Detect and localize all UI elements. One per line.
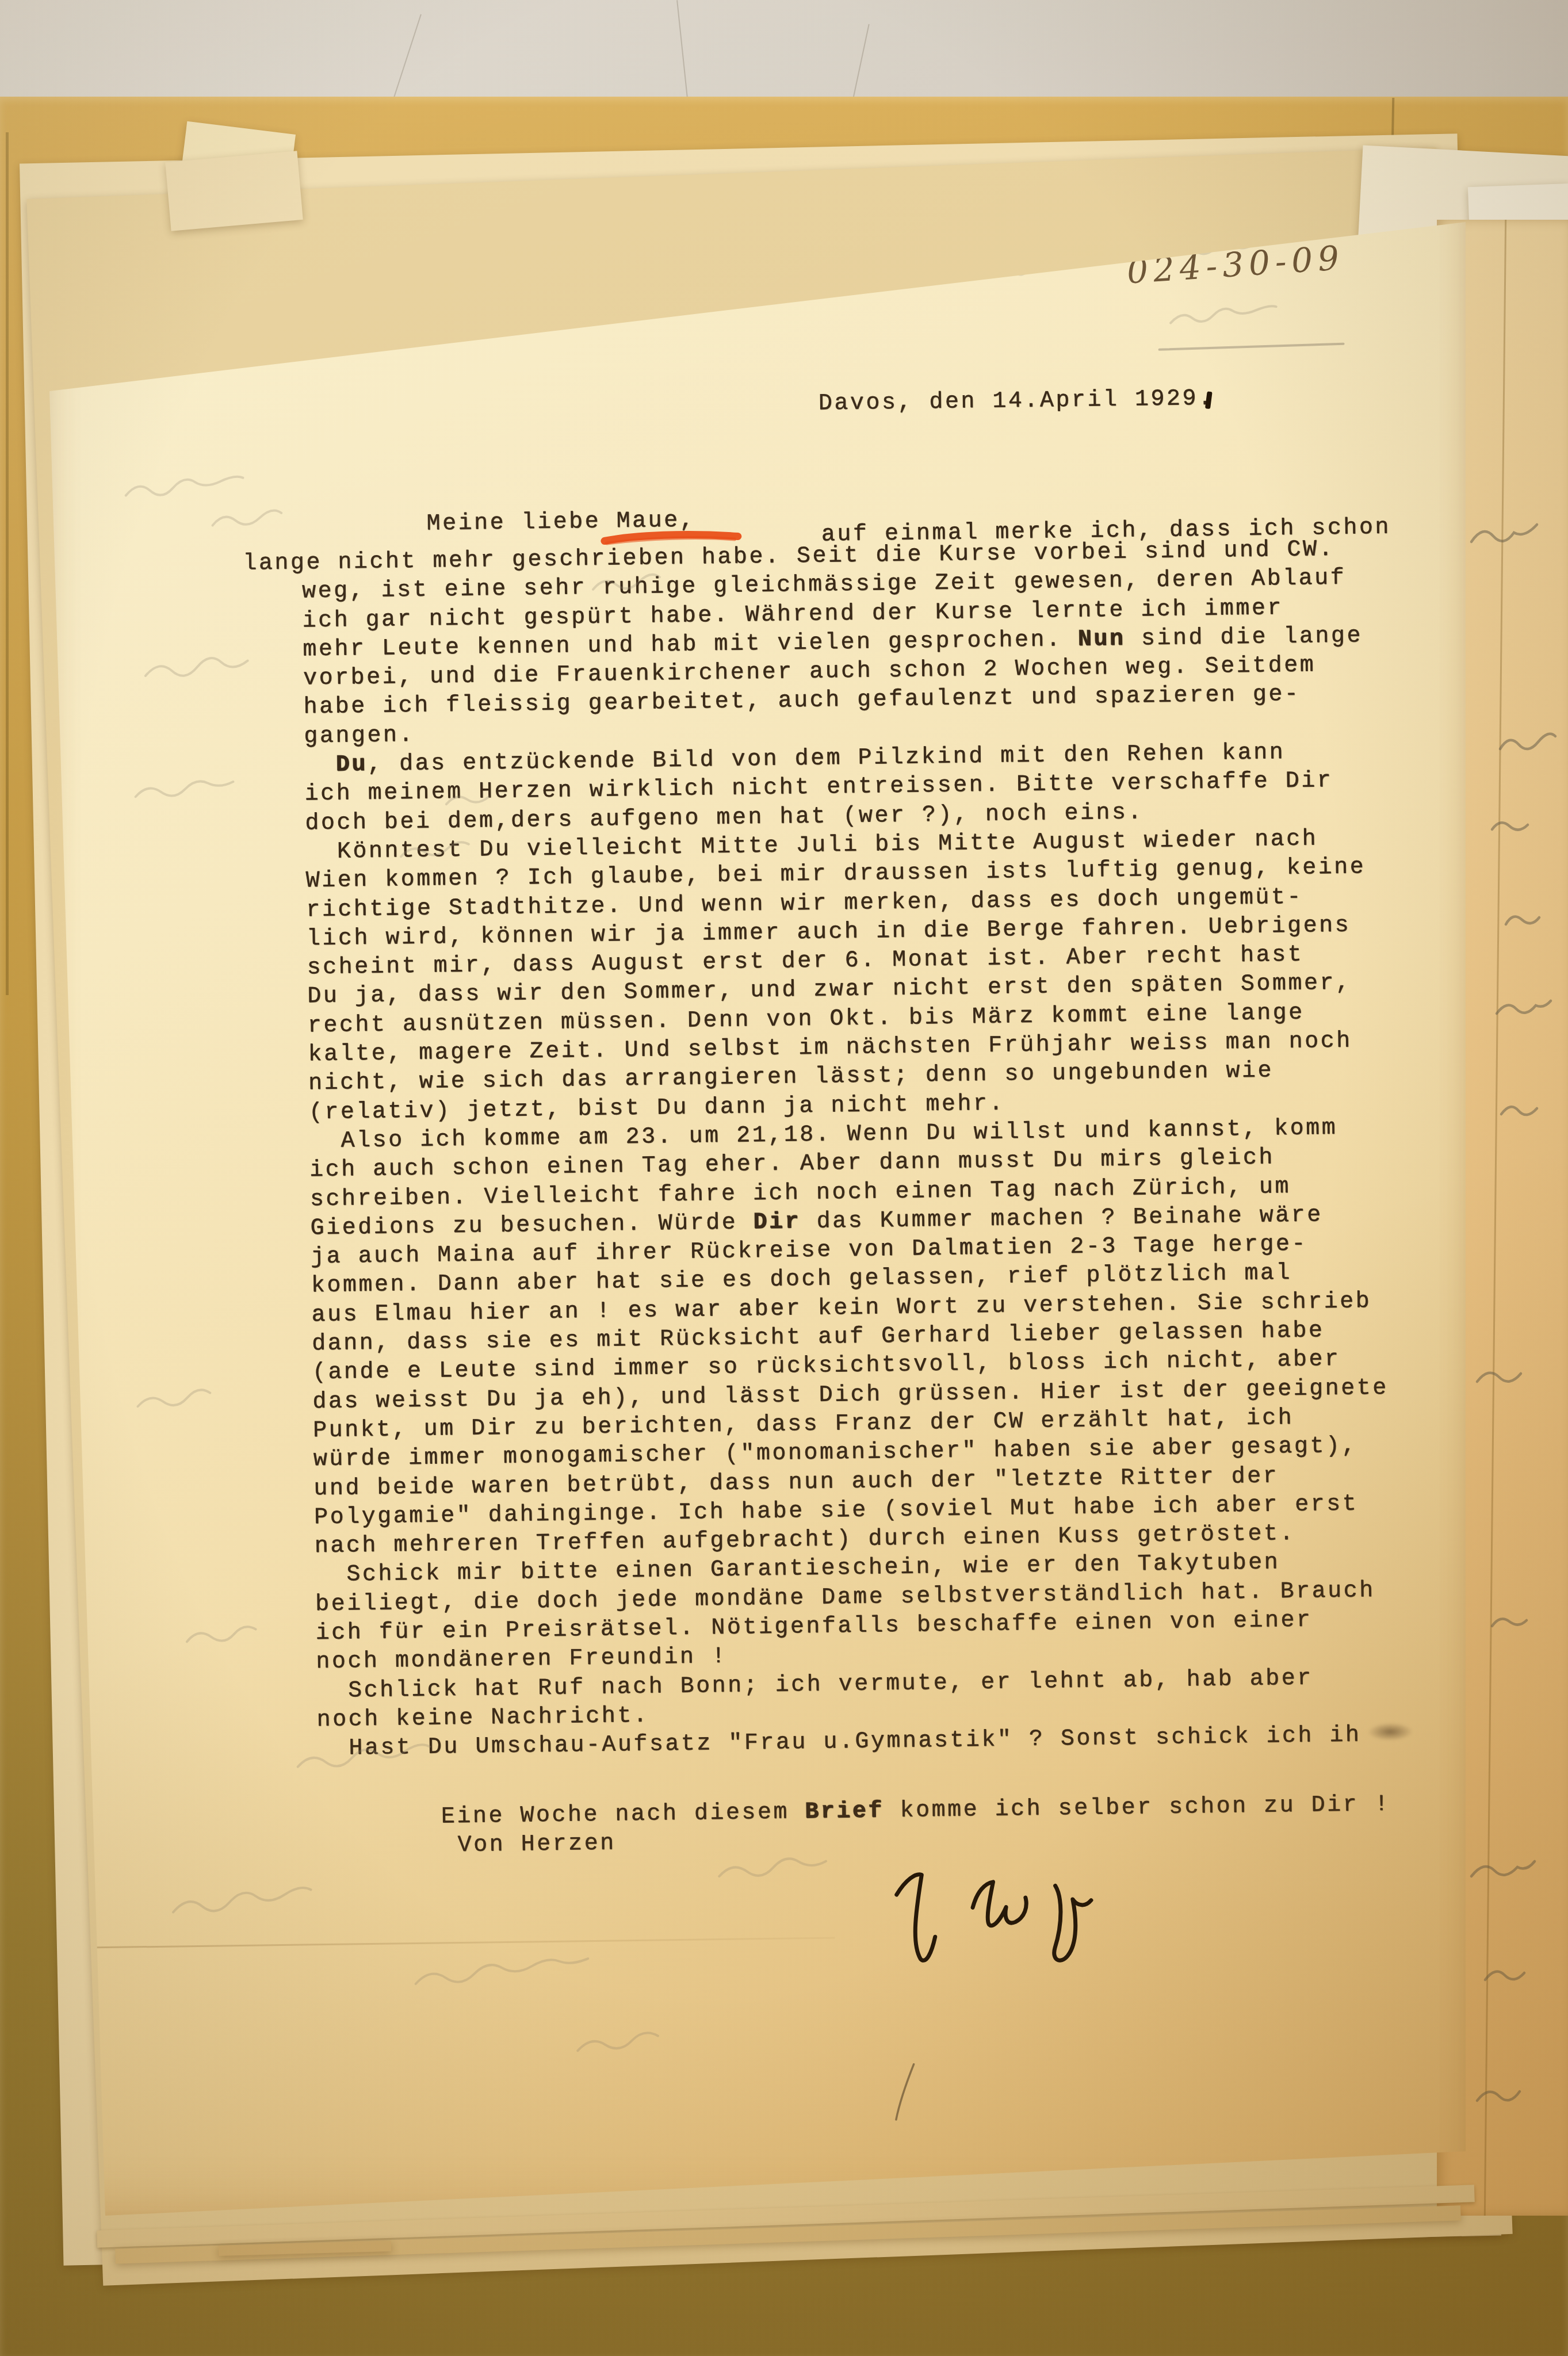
- letter-page: 024-30-09 Davos, den 14.April 1929. Mein…: [49, 214, 1466, 2223]
- pencil-stray-mark: [889, 2060, 924, 2124]
- pencil-bleedthrough: [36, 198, 1478, 2225]
- letter-content: 024-30-09 Davos, den 14.April 1929. Mein…: [36, 198, 1478, 2225]
- paper-corner: [165, 151, 303, 231]
- backdrop-scratch: [676, 0, 688, 97]
- archive-photo: { "photo": { "archive_number": "024-30-0…: [0, 0, 1568, 2356]
- folder-edge: [6, 132, 9, 995]
